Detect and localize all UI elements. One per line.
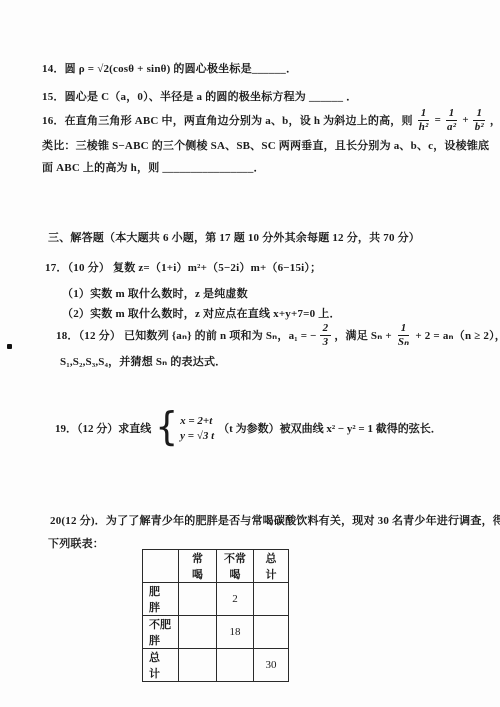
cell-notobese-total: [254, 616, 289, 649]
cell-total-not-often: [217, 649, 254, 682]
fraction-numerator: 2: [320, 322, 332, 336]
table-row: 不肥胖 18: [143, 616, 289, 649]
section-heading: 三、解答题（本大题共 6 小题，第 17 题 10 分外其余每题 12 分，共 …: [48, 229, 420, 245]
table-header-often: 常 喝: [179, 550, 217, 583]
fraction-denominator: 3: [320, 336, 332, 349]
table-header-row: 常 喝 不常喝 总 计: [143, 550, 289, 583]
exam-page: 14．圆 ρ = √2(cosθ + sinθ) 的圆心极坐标是______． …: [0, 0, 500, 707]
q18-text-b: ，满足 Sₙ +: [334, 327, 392, 343]
fraction-2-over-3: 2 3: [320, 322, 332, 348]
table-row: 肥 胖 2: [143, 583, 289, 616]
q18-text-a: 18．（12 分） 已知数列 {aₙ} 的前 n 项和为 Sₙ，a₁ = −: [56, 327, 317, 343]
cell-obese-total: [254, 583, 289, 616]
plus-sign: +: [462, 114, 468, 126]
question-15: 15．圆心是 C（a，0）、半径是 a 的圆的极坐标方程为 ______ ．: [42, 88, 357, 104]
q18-text-c: + 2 = aₙ（n ≥ 2），计算: [415, 327, 500, 343]
cell-total-total: 30: [254, 649, 289, 682]
cell-notobese-not-often: 18: [217, 616, 254, 649]
question-18-line2: S₁,S₂,S₃,S₄，并猜想 Sₙ 的表达式．: [60, 353, 226, 369]
fraction-1-over-Sn: 1 Sₙ: [395, 322, 413, 348]
fraction-numerator: 1: [473, 107, 485, 121]
question-19: 19．（12 分）求直线 { x = 2+t y = √3 t （t 为参数）被…: [55, 404, 442, 452]
system-brace: {: [155, 408, 178, 448]
fraction-denominator: h²: [416, 121, 432, 134]
table-row: 总 计 30: [143, 649, 289, 682]
equals-sign: =: [435, 114, 441, 126]
question-18-line1: 18．（12 分） 已知数列 {aₙ} 的前 n 项和为 Sₙ，a₁ = − 2…: [56, 322, 500, 348]
fraction-1-over-a2: 1 a²: [444, 107, 459, 133]
margin-dot: [7, 344, 12, 349]
table-header-total: 总 计: [254, 550, 289, 583]
cell-notobese-often: [179, 616, 217, 649]
parametric-equations: x = 2+t y = √3 t: [180, 415, 214, 442]
fraction-denominator: Sₙ: [395, 336, 413, 349]
fraction-numerator: 1: [446, 107, 458, 121]
fraction-denominator: a²: [444, 121, 459, 134]
question-17: 17．（10 分） 复数 z=（1+i）m²+（5−2i）m+（6−15i）；: [45, 259, 321, 275]
q16-text-b: ，由此: [490, 112, 500, 128]
question-20-line1: 20(12 分)．为了了解青少年的肥胖是否与常喝碳酸饮料有关，现对 30 名青少…: [50, 512, 500, 528]
row-label-total: 总 计: [143, 649, 179, 682]
cell-obese-often: [179, 583, 217, 616]
table-header-empty: [143, 550, 179, 583]
equation-y: y = √3 t: [180, 430, 214, 442]
fraction-1-over-b2: 1 b²: [472, 107, 487, 133]
question-17-part2: （2）实数 m 取什么数时，z 对应点在直线 x+y+7=0 上．: [62, 305, 341, 321]
row-label-not-obese: 不肥胖: [143, 616, 179, 649]
q19-text-a: 19．（12 分）求直线: [55, 420, 151, 436]
fraction-numerator: 1: [398, 322, 410, 336]
fraction-denominator: b²: [472, 121, 487, 134]
question-14: 14．圆 ρ = √2(cosθ + sinθ) 的圆心极坐标是______．: [42, 60, 297, 76]
q19-text-b: （t 为参数）被双曲线 x² − y² = 1 截得的弦长．: [218, 420, 442, 436]
question-16-line1: 16．在直角三角形 ABC 中，两直角边分别为 a、b，设 h 为斜边上的高，则…: [42, 107, 500, 133]
question-16-line2: 类比：三棱锥 S−ABC 的三个侧棱 SA、SB、SC 两两垂直，且长分别为 a…: [42, 137, 489, 153]
fraction-1-over-h2: 1 h²: [416, 107, 432, 133]
table-header-not-often: 不常喝: [217, 550, 254, 583]
equation-x: x = 2+t: [180, 415, 214, 427]
row-label-obese: 肥 胖: [143, 583, 179, 616]
contingency-table: 常 喝 不常喝 总 计 肥 胖 2 不肥胖 18 总 计 30: [142, 549, 289, 682]
question-16-line3: 面 ABC 上的高为 h，则 ________________．: [42, 159, 265, 175]
cell-obese-not-often: 2: [217, 583, 254, 616]
question-20-line2: 下列联表：: [48, 535, 104, 551]
q16-text-a: 16．在直角三角形 ABC 中，两直角边分别为 a、b，设 h 为斜边上的高，则: [42, 112, 413, 128]
fraction-numerator: 1: [418, 107, 430, 121]
question-17-part1: （1）实数 m 取什么数时，z 是纯虚数: [62, 285, 248, 301]
cell-total-often: [179, 649, 217, 682]
